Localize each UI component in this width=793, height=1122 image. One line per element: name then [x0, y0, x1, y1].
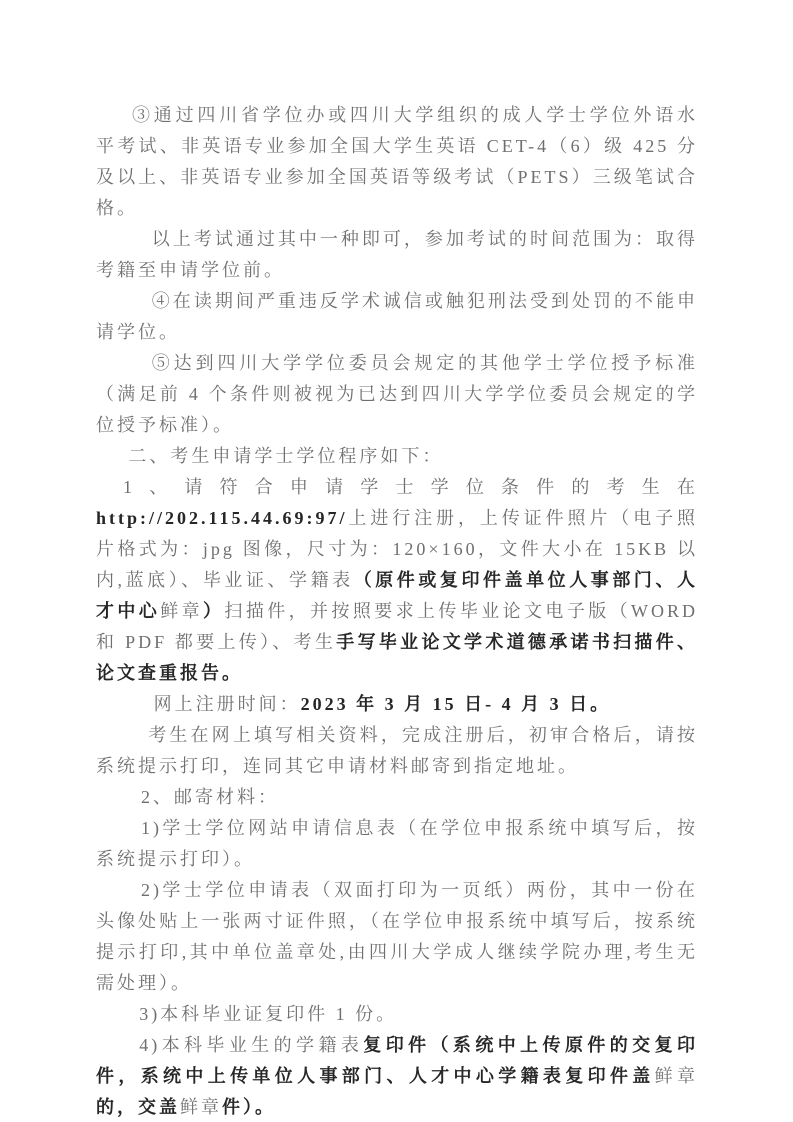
text-run: 的，交盖 — [96, 1097, 180, 1117]
text-run: 件）。 — [222, 1097, 276, 1117]
text-run: 2023 年 3 月 15 日- 4 月 3 日。 — [301, 694, 612, 714]
paragraph: 以上考试通过其中一种即可，参加考试的时间范围为：取得考籍至申请学位前。 — [96, 224, 698, 286]
text-run: 网上注册时间： — [154, 694, 301, 714]
paragraph: 1、请符合申请学士学位条件的考生在http://202.115.44.69:97… — [96, 472, 698, 689]
paragraph: ③通过四川省学位办或四川大学组织的成人学士学位外语水平考试、非英语专业参加全国大… — [96, 100, 698, 224]
text-run: 二、考生申请学士学位程序如下： — [128, 446, 443, 466]
text-run: http://202.115.44.69:97/ — [96, 508, 348, 528]
paragraph: 1)学士学位网站申请信息表（在学位申报系统中填写后，按系统提示打印）。 — [96, 813, 698, 875]
text-run: ③通过四川省学位办或四川大学组织的成人学士学位外语水平考试、非英语专业参加全国大… — [96, 105, 698, 218]
text-run: 鲜章 — [160, 601, 203, 621]
document-body: ③通过四川省学位办或四川大学组织的成人学士学位外语水平考试、非英语专业参加全国大… — [96, 100, 698, 1122]
text-run: 以上考试通过其中一种即可，参加考试的时间范围为：取得考籍至申请学位前。 — [96, 229, 698, 280]
text-run: 2、邮寄材料： — [141, 787, 279, 807]
text-run: ⑤达到四川大学学位委员会规定的其他学士学位授予标准（满足前 4 个条件则被视为已… — [96, 353, 698, 435]
paragraph: ④在读期间严重违反学术诚信或触犯刑法受到处罚的不能申请学位。 — [96, 286, 698, 348]
paragraph: 3)本科毕业证复印件 1 份。 — [96, 999, 698, 1030]
text-run: 1)学士学位网站申请信息表（在学位申报系统中填写后，按系统提示打印）。 — [96, 818, 698, 869]
paragraph: ⑤达到四川大学学位委员会规定的其他学士学位授予标准（满足前 4 个条件则被视为已… — [96, 348, 698, 441]
paragraph: 2)学士学位申请表（双面打印为一页纸）两份，其中一份在头像处贴上一张两寸证件照，… — [96, 875, 698, 999]
text-run: ④在读期间严重违反学术诚信或触犯刑法受到处罚的不能申请学位。 — [96, 291, 698, 342]
text-run: 3)本科毕业证复印件 1 份。 — [139, 1004, 397, 1024]
text-run: 4)本科毕业生的学籍表 — [139, 1035, 363, 1055]
text-run: 鲜章 — [180, 1097, 222, 1117]
paragraph: 4)本科毕业生的学籍表复印件（系统中上传原件的交复印件，系统中上传单位人事部门、… — [96, 1030, 698, 1122]
paragraph: 二、考生申请学士学位程序如下： — [96, 441, 698, 472]
paragraph: 网上注册时间：2023 年 3 月 15 日- 4 月 3 日。 — [96, 689, 698, 720]
paragraph: 考生在网上填写相关资料，完成注册后，初审合格后，请按系统提示打印，连同其它申请材… — [96, 720, 698, 782]
text-run: 鲜章 — [655, 1066, 698, 1086]
paragraph: 2、邮寄材料： — [96, 782, 698, 813]
text-run: 考生在网上填写相关资料，完成注册后，初审合格后，请按系统提示打印，连同其它申请材… — [96, 725, 698, 776]
text-run: ） — [203, 601, 224, 621]
text-run: 1、请符合申请学士学位条件的考生在 — [123, 477, 698, 497]
document-page: ③通过四川省学位办或四川大学组织的成人学士学位外语水平考试、非英语专业参加全国大… — [0, 0, 793, 1122]
text-run: 2)学士学位申请表（双面打印为一页纸）两份，其中一份在头像处贴上一张两寸证件照，… — [96, 880, 698, 993]
